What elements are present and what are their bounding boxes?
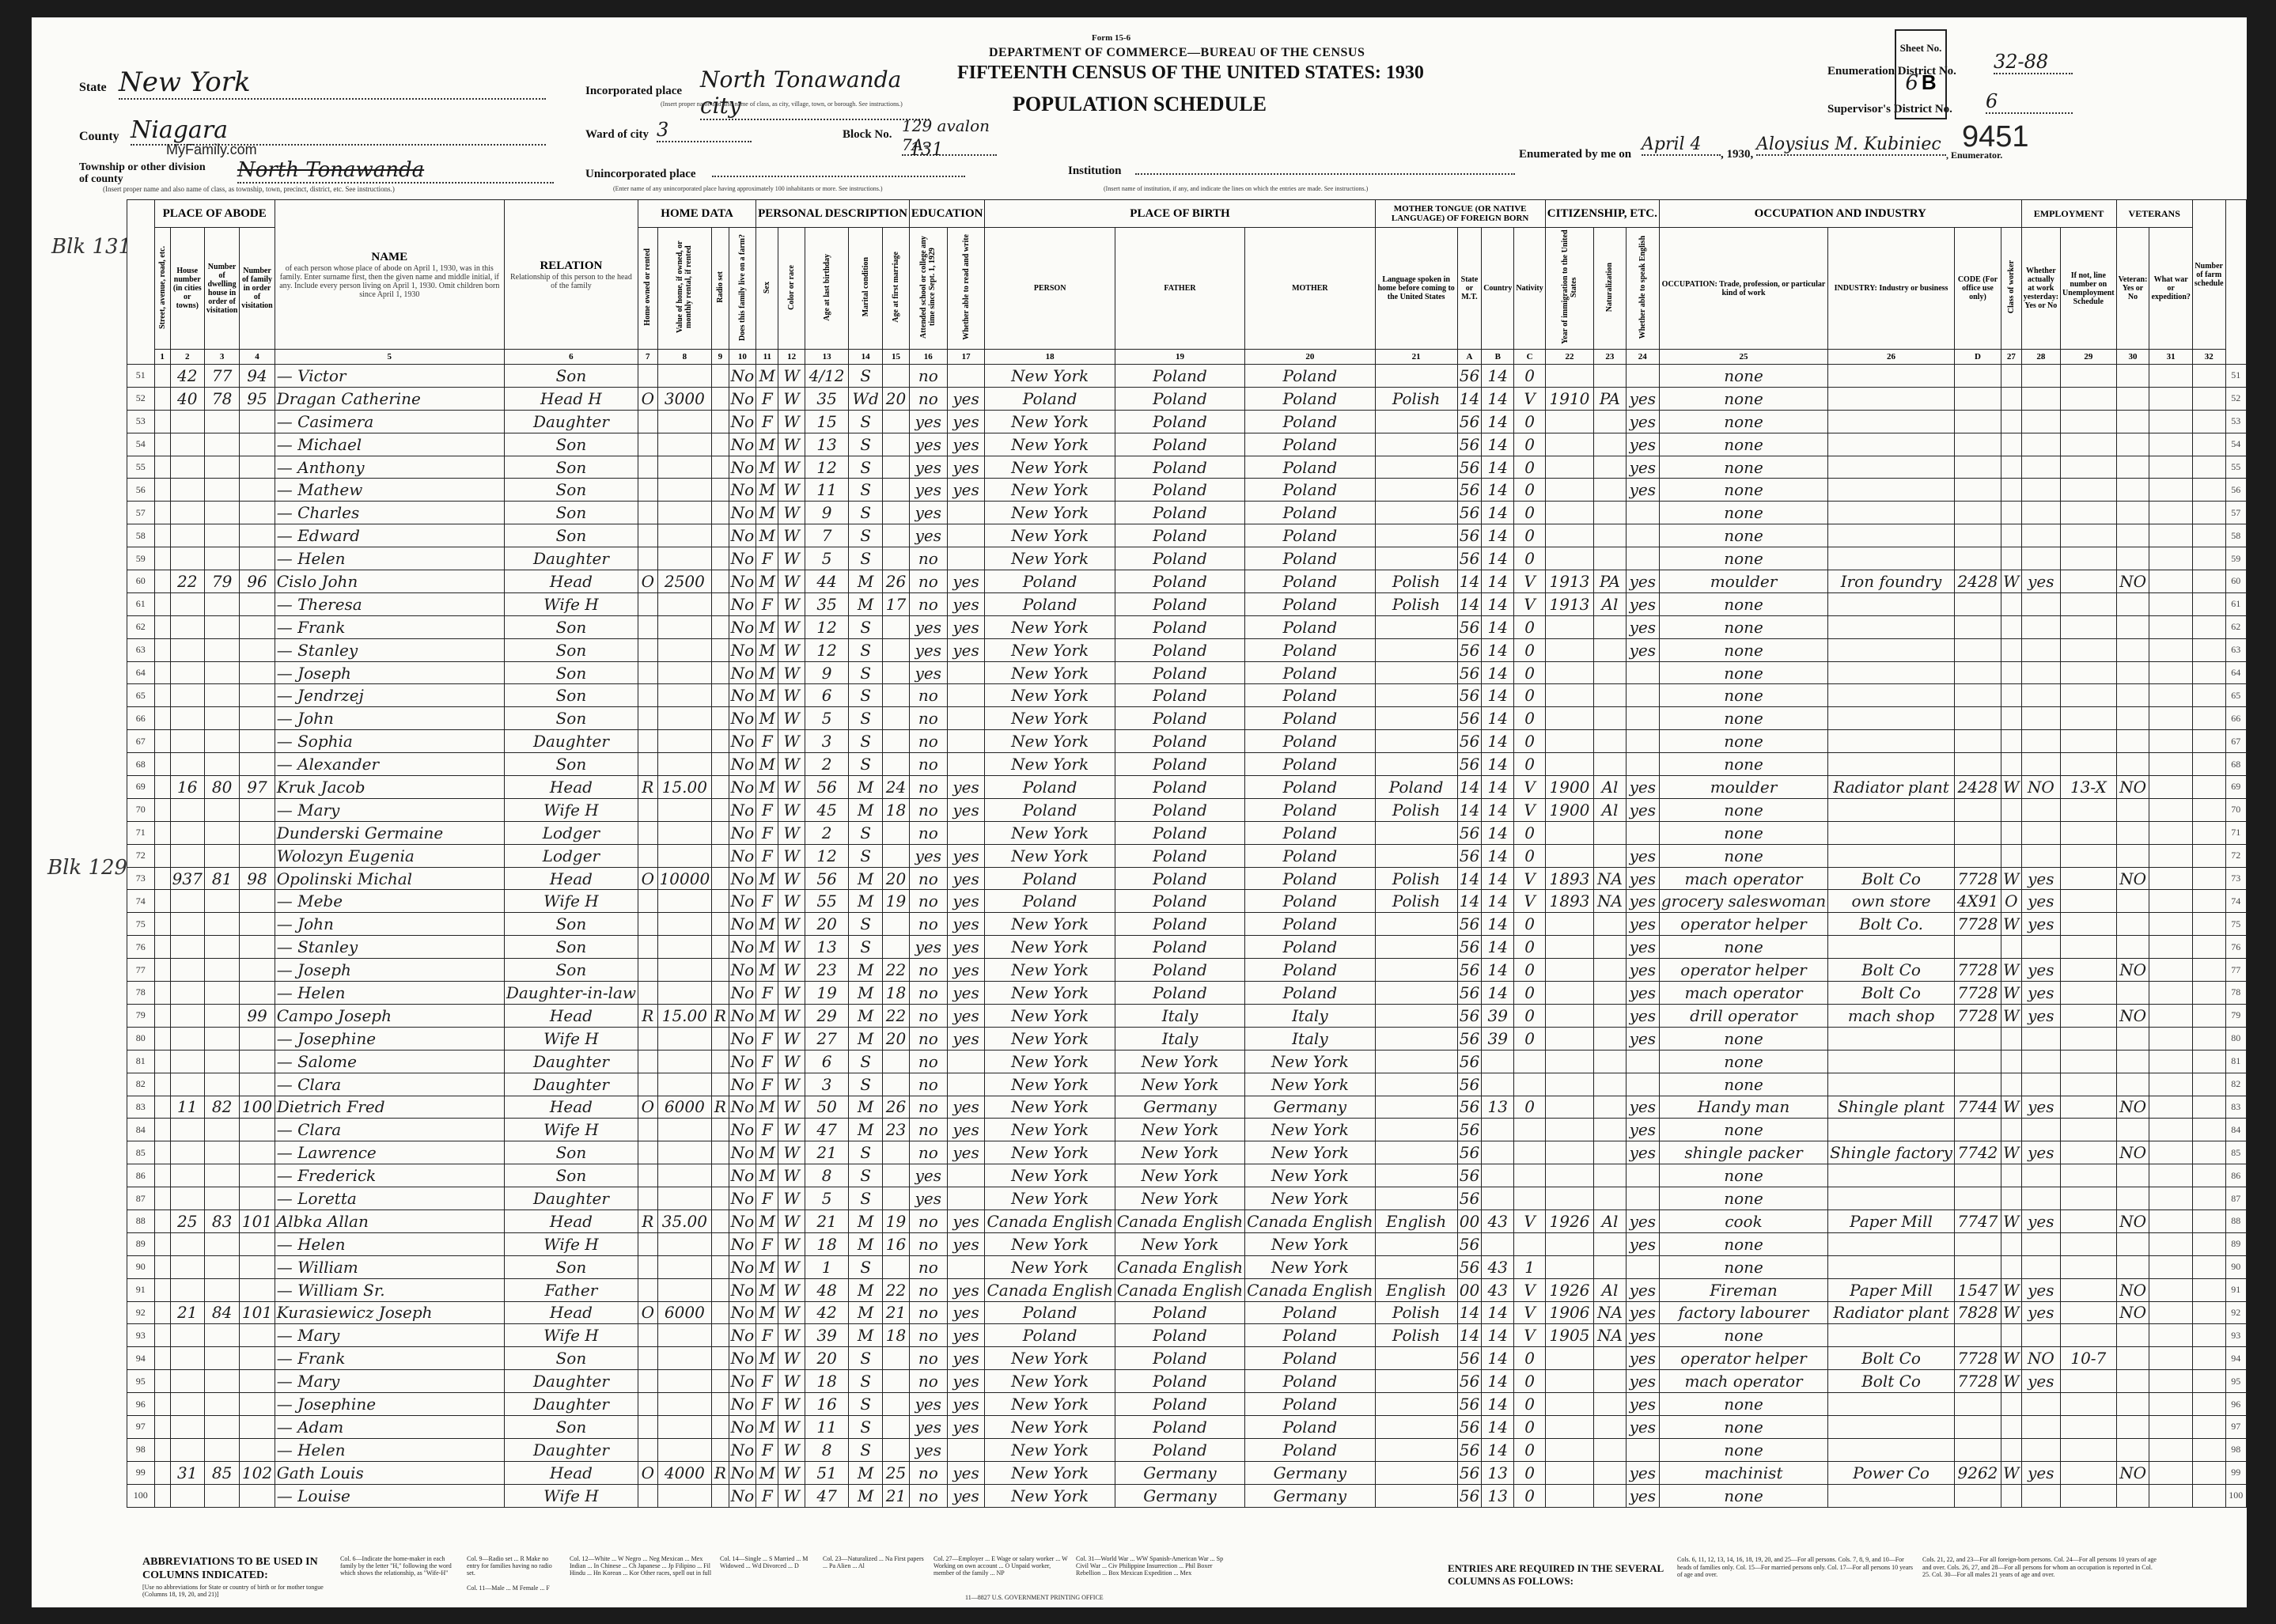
cell-vet: [2116, 1027, 2149, 1050]
cell-age: 29: [805, 1004, 849, 1027]
cell-street: [154, 570, 170, 593]
cell-code-a: 56: [1457, 1484, 1481, 1507]
cell-occ-code: [1954, 661, 2001, 684]
cell-immig: [1545, 753, 1593, 776]
cell-agemar: [883, 1141, 910, 1164]
cell-sex: M: [756, 1164, 778, 1187]
header-farm-text: Does this family live on a farm?: [738, 234, 747, 341]
cell-farm: No: [729, 479, 756, 502]
table-row: 70— MaryWife HNoFW45M18noyesPolandPoland…: [127, 798, 2247, 821]
cell-bp-father: New York: [1115, 1119, 1244, 1141]
township-label: Township or other division of county: [79, 161, 206, 186]
cell-agemar: [883, 1347, 910, 1370]
cell-bp-father: Poland: [1115, 776, 1244, 799]
cell-house: [170, 1370, 204, 1393]
cell-read: yes: [947, 433, 985, 456]
cell-english: [1626, 661, 1659, 684]
cell-house: [170, 1073, 204, 1096]
footer-col23: Col. 23—Naturalized ... Na First papers …: [823, 1556, 926, 1570]
right-line-number: 68: [2225, 753, 2246, 776]
cell-tenure: [638, 456, 658, 479]
cell-school: no: [909, 730, 947, 753]
cell-street: [154, 959, 170, 982]
cell-occ-code: 4X91: [1954, 890, 2001, 913]
cell-immig: [1545, 959, 1593, 982]
column-number: 7: [638, 350, 658, 365]
group-citizenship: CITIZENSHIP, ETC.: [1545, 200, 1659, 228]
cell-code-a: 56: [1457, 1050, 1481, 1073]
cell-age: 21: [805, 1141, 849, 1164]
cell-cls: [2001, 821, 2022, 844]
cell-house: [170, 1141, 204, 1164]
cell-tongue: [1375, 365, 1457, 388]
cell-atwork: [2021, 1393, 2060, 1416]
cell-sex: M: [756, 1278, 778, 1301]
cell-school: no: [909, 365, 947, 388]
cell-house: [170, 1324, 204, 1347]
cell-sex: F: [756, 1370, 778, 1393]
cell-bp-mother: New York: [1245, 1141, 1375, 1164]
cell-industry: [1828, 753, 1955, 776]
cell-name: Albka Allan: [275, 1209, 504, 1232]
cell-occupation: none: [1659, 730, 1827, 753]
cell-house: [170, 844, 204, 867]
cell-vet: [2116, 982, 2149, 1005]
cell-marital: S: [849, 1255, 883, 1278]
cell-war: [2149, 1141, 2192, 1164]
cell-unemp: [2061, 387, 2117, 410]
cell-code-c: 0: [1514, 1461, 1545, 1484]
cell-family: [240, 1438, 275, 1461]
cell-unemp: [2061, 1050, 2117, 1073]
cell-industry: mach shop: [1828, 1004, 1955, 1027]
cell-value: [657, 638, 712, 661]
right-line-number: 99: [2225, 1461, 2246, 1484]
cell-age: 55: [805, 890, 849, 913]
cell-farmsch: [2192, 1278, 2225, 1301]
cell-english: yes: [1626, 776, 1659, 799]
cell-farmsch: [2192, 798, 2225, 821]
cell-vet: [2116, 913, 2149, 936]
cell-value: [657, 456, 712, 479]
cell-bp-mother: Poland: [1245, 524, 1375, 547]
cell-house: [170, 890, 204, 913]
cell-english: yes: [1626, 844, 1659, 867]
cell-radio: [712, 821, 729, 844]
cell-name: — Josephine: [275, 1027, 504, 1050]
cell-code-b: 43: [1482, 1209, 1514, 1232]
cell-race: W: [778, 502, 805, 524]
cell-radio: [712, 1370, 729, 1393]
block-extra: 131: [910, 140, 943, 160]
cell-occupation: mach operator: [1659, 982, 1827, 1005]
cell-relation: Son: [504, 502, 638, 524]
cell-bp-father: Poland: [1115, 365, 1244, 388]
group-place-of-birth: PLACE OF BIRTH: [985, 200, 1375, 228]
cell-war: [2149, 844, 2192, 867]
cell-read: yes: [947, 410, 985, 433]
cell-street: [154, 1461, 170, 1484]
cell-war: [2149, 410, 2192, 433]
cell-farmsch: [2192, 684, 2225, 707]
cell-vet: [2116, 1484, 2149, 1507]
cell-tenure: O: [638, 1096, 658, 1119]
cell-marital: Wd: [849, 387, 883, 410]
cell-english: [1626, 524, 1659, 547]
cell-agemar: 19: [883, 1209, 910, 1232]
cell-tenure: [638, 1232, 658, 1255]
cell-bp-person: New York: [985, 1141, 1115, 1164]
table-row: 74— MebeWife HNoFW55M19noyesPolandPoland…: [127, 890, 2247, 913]
header-sex-text: Sex: [763, 282, 771, 293]
cell-dwelling: 81: [204, 867, 239, 890]
table-row: 53— CasimeraDaughterNoFW15SyesyesNew Yor…: [127, 410, 2247, 433]
cell-farm: No: [729, 592, 756, 615]
cell-bp-person: New York: [985, 1073, 1115, 1096]
printer-line: 11—8827 U.S. GOVERNMENT PRINTING OFFICE: [965, 1594, 1104, 1601]
line-number: 74: [127, 890, 155, 913]
cell-code-a: 56: [1457, 661, 1481, 684]
table-row: 78— HelenDaughter-in-lawNoFW19M18noyesNe…: [127, 982, 2247, 1005]
cell-farm: No: [729, 1073, 756, 1096]
cell-marital: M: [849, 959, 883, 982]
cell-age: 50: [805, 1096, 849, 1119]
cell-dwelling: 84: [204, 1301, 239, 1324]
cell-farmsch: [2192, 1187, 2225, 1210]
cell-value: [657, 502, 712, 524]
cell-family: [240, 821, 275, 844]
cell-school: no: [909, 1073, 947, 1096]
cell-bp-mother: Poland: [1245, 661, 1375, 684]
cell-atwork: [2021, 592, 2060, 615]
cell-vet: [2116, 844, 2149, 867]
cell-tenure: R: [638, 1209, 658, 1232]
cell-radio: [712, 730, 729, 753]
cell-english: yes: [1626, 570, 1659, 593]
cell-code-c: 0: [1514, 982, 1545, 1005]
cell-immig: [1545, 1050, 1593, 1073]
cell-natur: Al: [1594, 776, 1627, 799]
cell-farm: No: [729, 959, 756, 982]
cell-bp-mother: Poland: [1245, 707, 1375, 730]
cell-street: [154, 1164, 170, 1187]
unincorporated-line: [712, 176, 965, 177]
cell-school: no: [909, 592, 947, 615]
cell-street: [154, 479, 170, 502]
cell-code-c: 0: [1514, 1415, 1545, 1438]
cell-street: [154, 1324, 170, 1347]
cell-house: 22: [170, 570, 204, 593]
cell-sex: M: [756, 684, 778, 707]
cell-code-b: 13: [1482, 1096, 1514, 1119]
cell-occ-code: [1954, 798, 2001, 821]
cell-family: [240, 547, 275, 570]
cell-bp-father: Poland: [1115, 570, 1244, 593]
group-mother-tongue: MOTHER TONGUE (OR NATIVE LANGUAGE) OF FO…: [1375, 200, 1545, 228]
cell-tongue: [1375, 1347, 1457, 1370]
cell-relation: Son: [504, 456, 638, 479]
cell-age: 18: [805, 1370, 849, 1393]
cell-industry: [1828, 502, 1955, 524]
cell-radio: [712, 913, 729, 936]
line-number: 73: [127, 867, 155, 890]
cell-bp-person: Poland: [985, 1301, 1115, 1324]
cell-vet: NO: [2116, 1278, 2149, 1301]
cell-street: [154, 1209, 170, 1232]
cell-vet: [2116, 1255, 2149, 1278]
cell-read: yes: [947, 1370, 985, 1393]
cell-age: 11: [805, 1415, 849, 1438]
cell-code-c: 0: [1514, 1484, 1545, 1507]
cell-house: [170, 1278, 204, 1301]
cell-farm: No: [729, 410, 756, 433]
cell-cls: W: [2001, 1461, 2022, 1484]
line-number: 59: [127, 547, 155, 570]
cell-read: yes: [947, 456, 985, 479]
cell-name: Cislo John: [275, 570, 504, 593]
cell-radio: [712, 1415, 729, 1438]
table-row: 57— CharlesSonNoMW9SyesNew YorkPolandPol…: [127, 502, 2247, 524]
cell-relation: Son: [504, 913, 638, 936]
cell-unemp: [2061, 730, 2117, 753]
cell-natur: [1594, 1484, 1627, 1507]
cell-code-b: 14: [1482, 1301, 1514, 1324]
cell-school: no: [909, 1461, 947, 1484]
cell-dwelling: 82: [204, 1096, 239, 1119]
cell-tenure: [638, 913, 658, 936]
cell-code-a: 14: [1457, 867, 1481, 890]
cell-age: 8: [805, 1438, 849, 1461]
cell-agemar: [883, 1073, 910, 1096]
cell-atwork: [2021, 1324, 2060, 1347]
census-title: FIFTEENTH CENSUS OF THE UNITED STATES: 1…: [957, 62, 1424, 84]
group-personal-description: PERSONAL DESCRIPTION: [756, 200, 910, 228]
cell-occupation: none: [1659, 1073, 1827, 1096]
cell-bp-mother: Poland: [1245, 1324, 1375, 1347]
cell-atwork: yes: [2021, 982, 2060, 1005]
cell-immig: [1545, 1164, 1593, 1187]
entries-title: ENTRIES ARE REQUIRED IN THE SEVERAL COLU…: [1448, 1562, 1669, 1587]
cell-code-c: [1514, 1141, 1545, 1164]
cell-agemar: [883, 1164, 910, 1187]
cell-english: yes: [1626, 433, 1659, 456]
cell-farmsch: [2192, 1232, 2225, 1255]
line-number: 81: [127, 1050, 155, 1073]
cell-english: [1626, 547, 1659, 570]
cell-family: [240, 936, 275, 959]
cell-code-c: [1514, 1119, 1545, 1141]
cell-occupation: none: [1659, 1393, 1827, 1416]
cell-value: [657, 1255, 712, 1278]
cell-farm: No: [729, 615, 756, 638]
cell-age: 9: [805, 502, 849, 524]
cell-tenure: [638, 365, 658, 388]
cell-radio: [712, 1187, 729, 1210]
header-radio: Radio set: [712, 228, 729, 350]
cell-industry: Bolt Co.: [1828, 913, 1955, 936]
cell-farm: No: [729, 661, 756, 684]
column-number: 2: [170, 350, 204, 365]
right-line-number: 84: [2225, 1119, 2246, 1141]
cell-unemp: 13-X: [2061, 776, 2117, 799]
cell-english: yes: [1626, 1484, 1659, 1507]
cell-code-b: 14: [1482, 936, 1514, 959]
cell-code-a: 56: [1457, 1370, 1481, 1393]
column-number: 32: [2192, 350, 2225, 365]
cell-cls: W: [2001, 1370, 2022, 1393]
cell-agemar: [883, 753, 910, 776]
cell-atwork: yes: [2021, 913, 2060, 936]
cell-sex: F: [756, 1073, 778, 1096]
cell-tongue: [1375, 1232, 1457, 1255]
cell-house: [170, 753, 204, 776]
margin-note-block-131: Blk 131: [51, 235, 131, 259]
cell-natur: [1594, 753, 1627, 776]
cell-name: Kurasiewicz Joseph: [275, 1301, 504, 1324]
cell-atwork: [2021, 433, 2060, 456]
cell-unemp: [2061, 365, 2117, 388]
header-occ-code: CODE (For office use only): [1954, 228, 2001, 350]
cell-relation: Wife H: [504, 890, 638, 913]
cell-english: yes: [1626, 1232, 1659, 1255]
cell-occupation: grocery saleswoman: [1659, 890, 1827, 913]
cell-race: W: [778, 387, 805, 410]
cell-vet: [2116, 638, 2149, 661]
cell-farm: No: [729, 1232, 756, 1255]
cell-relation: Son: [504, 936, 638, 959]
cell-farmsch: [2192, 821, 2225, 844]
cell-atwork: [2021, 1415, 2060, 1438]
table-row: 64— JosephSonNoMW9SyesNew YorkPolandPola…: [127, 661, 2247, 684]
cell-relation: Daughter: [504, 1187, 638, 1210]
cell-vet: NO: [2116, 1141, 2149, 1164]
line-number: 65: [127, 684, 155, 707]
cell-bp-father: Poland: [1115, 844, 1244, 867]
right-line-number: 64: [2225, 661, 2246, 684]
cell-code-a: 56: [1457, 1347, 1481, 1370]
cell-war: [2149, 1278, 2192, 1301]
cell-code-a: 56: [1457, 1119, 1481, 1141]
cell-marital: S: [849, 524, 883, 547]
cell-bp-person: Poland: [985, 776, 1115, 799]
cell-occ-code: [1954, 615, 2001, 638]
cell-value: [657, 1438, 712, 1461]
cell-agemar: [883, 913, 910, 936]
cell-read: [947, 1438, 985, 1461]
cell-house: [170, 592, 204, 615]
cell-school: no: [909, 776, 947, 799]
cell-code-c: 0: [1514, 365, 1545, 388]
cell-family: 99: [240, 1004, 275, 1027]
cell-farm: No: [729, 1347, 756, 1370]
cell-occupation: none: [1659, 592, 1827, 615]
cell-tongue: [1375, 1164, 1457, 1187]
cell-sex: F: [756, 730, 778, 753]
cell-code-b: 39: [1482, 1004, 1514, 1027]
cell-name: — Joseph: [275, 959, 504, 982]
cell-industry: [1828, 798, 1955, 821]
cell-family: [240, 1027, 275, 1050]
margin-note-block-129: Blk 129: [47, 856, 127, 880]
cell-tenure: [638, 1255, 658, 1278]
cell-race: W: [778, 410, 805, 433]
cell-street: [154, 1301, 170, 1324]
cell-code-a: 56: [1457, 1027, 1481, 1050]
cell-bp-father: Poland: [1115, 502, 1244, 524]
cell-tongue: Polish: [1375, 890, 1457, 913]
unincorporated-label: Unincorporated place: [585, 168, 696, 181]
cell-code-c: V: [1514, 890, 1545, 913]
cell-occ-code: [1954, 1187, 2001, 1210]
cell-sex: M: [756, 1415, 778, 1438]
cell-vet: [2116, 1393, 2149, 1416]
cell-relation: Son: [504, 365, 638, 388]
cell-radio: [712, 1347, 729, 1370]
cell-marital: S: [849, 502, 883, 524]
cell-vet: [2116, 798, 2149, 821]
cell-marital: S: [849, 1141, 883, 1164]
cell-english: yes: [1626, 1324, 1659, 1347]
cell-tongue: [1375, 1004, 1457, 1027]
cell-tongue: [1375, 959, 1457, 982]
group-name: NAMEof each person whose place of abode …: [275, 200, 504, 350]
column-number: 29: [2061, 350, 2117, 365]
cell-cls: [2001, 433, 2022, 456]
cell-occupation: drill operator: [1659, 1004, 1827, 1027]
cell-english: yes: [1626, 1278, 1659, 1301]
cell-tongue: [1375, 1119, 1457, 1141]
cell-code-b: 14: [1482, 615, 1514, 638]
cell-marital: M: [849, 1324, 883, 1347]
line-number-header: [127, 200, 155, 365]
cell-cls: [2001, 1187, 2022, 1210]
right-line-number: 66: [2225, 707, 2246, 730]
cell-code-b: 14: [1482, 1393, 1514, 1416]
cell-code-c: V: [1514, 867, 1545, 890]
cell-read: yes: [947, 936, 985, 959]
cell-farm: No: [729, 1484, 756, 1507]
line-number: 93: [127, 1324, 155, 1347]
cell-farmsch: [2192, 776, 2225, 799]
cell-radio: [712, 1141, 729, 1164]
cell-vet: [2116, 684, 2149, 707]
cell-relation: Head: [504, 1461, 638, 1484]
cell-marital: M: [849, 1027, 883, 1050]
cell-bp-person: New York: [985, 1187, 1115, 1210]
cell-dwelling: [204, 1004, 239, 1027]
cell-farmsch: [2192, 1096, 2225, 1119]
cell-school: no: [909, 1347, 947, 1370]
cell-family: [240, 1278, 275, 1301]
cell-code-b: 14: [1482, 1438, 1514, 1461]
cell-industry: [1828, 1119, 1955, 1141]
cell-occ-code: [1954, 1073, 2001, 1096]
cell-occupation: none: [1659, 1415, 1827, 1438]
cell-race: W: [778, 456, 805, 479]
cell-street: [154, 638, 170, 661]
cell-english: yes: [1626, 1141, 1659, 1164]
cell-occ-code: 7747: [1954, 1209, 2001, 1232]
cell-relation: Father: [504, 1278, 638, 1301]
cell-read: yes: [947, 844, 985, 867]
cell-atwork: [2021, 615, 2060, 638]
cell-relation: Daughter: [504, 730, 638, 753]
cell-bp-person: Canada English: [985, 1209, 1115, 1232]
header-value-text: Value of home, if owned, or monthly rent…: [676, 228, 693, 346]
cell-sex: F: [756, 1232, 778, 1255]
cell-tongue: [1375, 615, 1457, 638]
table-row: 7999Campo JosephHeadR15.00RNoMW29M22noye…: [127, 1004, 2247, 1027]
